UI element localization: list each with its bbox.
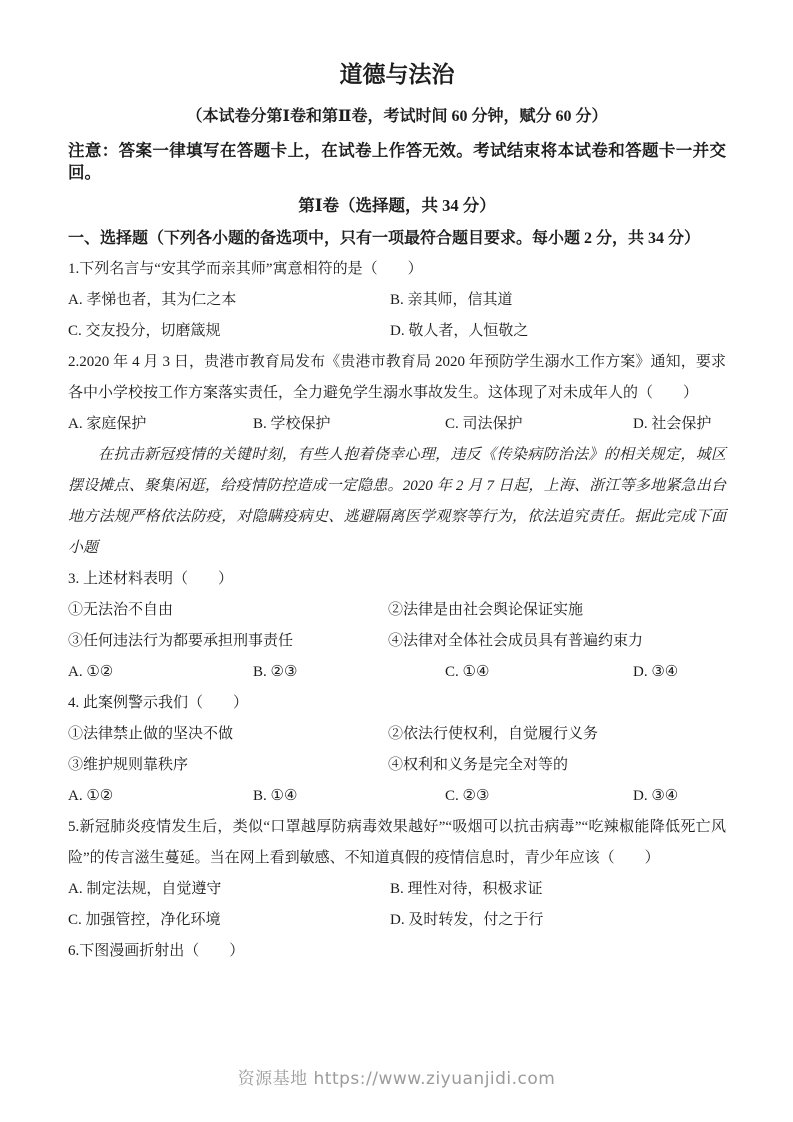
question-6-stem: 6.下图漫画折射出（ ）	[68, 936, 726, 967]
question-1-option-d: D. 敬人者，人恒敬之	[390, 316, 726, 347]
question-1-option-b: B. 亲其师，信其道	[390, 285, 726, 316]
question-3-option-c: C. ①④	[445, 657, 633, 688]
question-5-option-a: A. 制定法规，自觉遵守	[68, 874, 390, 905]
question-4-subitems-row-2: ③维护规则靠秩序 ④权利和义务是完全对等的	[68, 750, 726, 781]
question-4-subitem-1: ①法律禁止做的坚决不做	[68, 719, 388, 750]
question-3-subitems-row-1: ①无法治不自由 ②法律是由社会舆论保证实施	[68, 595, 726, 626]
section1-heading: 一、选择题（下列各小题的备选项中，只有一项最符合题目要求。每小题 2 分，共 3…	[68, 228, 726, 250]
question-2-options-row: A. 家庭保护 B. 学校保护 C. 司法保护 D. 社会保护	[68, 409, 726, 440]
question-4-subitems-row-1: ①法律禁止做的坚决不做 ②依法行使权利，自觉履行义务	[68, 719, 726, 750]
exam-info-line: （本试卷分第Ⅰ卷和第Ⅱ卷，考试时间 60 分钟，赋分 60 分）	[68, 106, 726, 128]
question-1: 1.下列名言与“安其学而亲其师”寓意相符的是（ ） A. 孝悌也者，其为仁之本 …	[68, 254, 726, 347]
question-3-subitem-2: ②法律是由社会舆论保证实施	[388, 595, 726, 626]
question-3-subitems-row-2: ③任何违法行为都要承担刑事责任 ④法律对全体社会成员具有普遍约束力	[68, 626, 726, 657]
question-3-subitem-1: ①无法治不自由	[68, 595, 388, 626]
question-4-subitem-4: ④权利和义务是完全对等的	[388, 750, 726, 781]
exam-page: 道德与法治 （本试卷分第Ⅰ卷和第Ⅱ卷，考试时间 60 分钟，赋分 60 分） 注…	[0, 0, 793, 1122]
question-5-stem: 5.新冠肺炎疫情发生后，类似“口罩越厚防病毒效果越好”“吸烟可以抗击病毒”“吃辣…	[68, 812, 726, 874]
questions-area: 1.下列名言与“安其学而亲其师”寓意相符的是（ ） A. 孝悌也者，其为仁之本 …	[68, 254, 726, 967]
question-6: 6.下图漫画折射出（ ）	[68, 936, 726, 967]
question-4-options-row: A. ①② B. ①④ C. ②③ D. ③④	[68, 781, 726, 812]
question-2: 2.2020 年 4 月 3 日，贵港市教育局发布《贵港市教育局 2020 年预…	[68, 347, 726, 440]
question-3-option-a: A. ①②	[68, 657, 253, 688]
footer-watermark: 资源基地 https://www.ziyuanjidi.com	[0, 1064, 793, 1089]
question-5-option-c: C. 加强管控，净化环境	[68, 905, 390, 936]
question-1-options-row-1: A. 孝悌也者，其为仁之本 B. 亲其师，信其道	[68, 285, 726, 316]
question-2-stem: 2.2020 年 4 月 3 日，贵港市教育局发布《贵港市教育局 2020 年预…	[68, 347, 726, 409]
question-5-option-d: D. 及时转发，付之于行	[390, 905, 726, 936]
question-5-option-b: B. 理性对待，积极求证	[390, 874, 726, 905]
question-4-option-d: D. ③④	[633, 781, 726, 812]
question-2-option-a: A. 家庭保护	[68, 409, 253, 440]
question-3: 3. 上述材料表明（ ） ①无法治不自由 ②法律是由社会舆论保证实施 ③任何违法…	[68, 564, 726, 688]
question-3-options-row: A. ①② B. ②③ C. ①④ D. ③④	[68, 657, 726, 688]
question-4: 4. 此案例警示我们（ ） ①法律禁止做的坚决不做 ②依法行使权利，自觉履行义务…	[68, 688, 726, 812]
question-4-option-b: B. ①④	[253, 781, 445, 812]
question-4-option-a: A. ①②	[68, 781, 253, 812]
reading-passage: 在抗击新冠疫情的关键时刻，有些人抱着侥幸心理，违反《传染病防治法》的相关规定，城…	[68, 440, 726, 564]
question-3-option-d: D. ③④	[633, 657, 726, 688]
exam-notice: 注意：答案一律填写在答题卡上，在试卷上作答无效。考试结束将本试卷和答题卡一并交回…	[68, 140, 726, 184]
question-2-option-d: D. 社会保护	[633, 409, 726, 440]
question-4-subitem-2: ②依法行使权利，自觉履行义务	[388, 719, 726, 750]
question-3-subitem-4: ④法律对全体社会成员具有普遍约束力	[388, 626, 726, 657]
question-1-option-c: C. 交友投分，切磨箴规	[68, 316, 390, 347]
question-2-option-b: B. 学校保护	[253, 409, 445, 440]
question-3-stem: 3. 上述材料表明（ ）	[68, 564, 726, 595]
question-1-options-row-2: C. 交友投分，切磨箴规 D. 敬人者，人恒敬之	[68, 316, 726, 347]
question-1-option-a: A. 孝悌也者，其为仁之本	[68, 285, 390, 316]
question-5-options-row-2: C. 加强管控，净化环境 D. 及时转发，付之于行	[68, 905, 726, 936]
question-4-subitem-3: ③维护规则靠秩序	[68, 750, 388, 781]
question-3-subitem-3: ③任何违法行为都要承担刑事责任	[68, 626, 388, 657]
question-4-stem: 4. 此案例警示我们（ ）	[68, 688, 726, 719]
question-4-option-c: C. ②③	[445, 781, 633, 812]
question-5-options-row-1: A. 制定法规，自觉遵守 B. 理性对待，积极求证	[68, 874, 726, 905]
question-2-option-c: C. 司法保护	[445, 409, 633, 440]
part1-heading: 第Ⅰ卷（选择题，共 34 分）	[68, 195, 726, 217]
question-1-stem: 1.下列名言与“安其学而亲其师”寓意相符的是（ ）	[68, 254, 726, 285]
question-3-option-b: B. ②③	[253, 657, 445, 688]
page-title: 道德与法治	[68, 60, 726, 90]
question-5: 5.新冠肺炎疫情发生后，类似“口罩越厚防病毒效果越好”“吸烟可以抗击病毒”“吃辣…	[68, 812, 726, 936]
